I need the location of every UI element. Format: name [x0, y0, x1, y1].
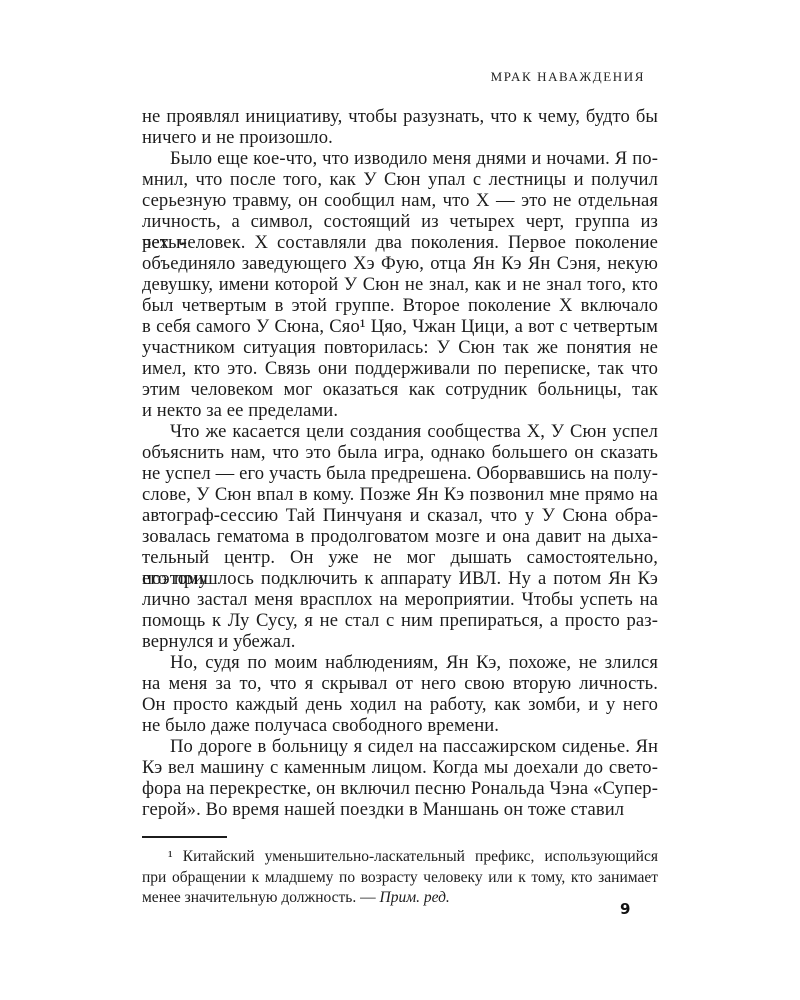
body-line: герой». Во время нашей поездки в Маншань…: [142, 799, 658, 820]
footnote-editor-note: Прим. ред.: [380, 889, 450, 906]
footnote: ¹ Китайский уменьшительно-ласкательный п…: [142, 836, 658, 909]
body-line: объединяло заведующего Хэ Фую, отца Ян К…: [142, 253, 658, 274]
body-line: не успел — его участь была предрешена. О…: [142, 463, 658, 484]
body-line: Было еще кое-что, что изводило меня дням…: [142, 148, 658, 169]
body-line: автограф-сессию Тай Пинчуаня и сказал, ч…: [142, 505, 658, 526]
footnote-line: ¹ Китайский уменьшительно-ласкательный п…: [142, 847, 658, 868]
footnote-text: ¹ Китайский уменьшительно-ласкательный п…: [142, 847, 658, 909]
body-line: девушку, имени которой У Сюн не знал, ка…: [142, 274, 658, 295]
footnote-last-plain: менее значительную должность. —: [142, 889, 380, 906]
body-line: этим человеком мог оказаться как сотрудн…: [142, 379, 658, 400]
body-line: лично застал меня врасплох на мероприяти…: [142, 589, 658, 610]
body-line: был четвертым в этой группе. Второе поко…: [142, 295, 658, 316]
body-line: помощь к Лу Сусу, я не стал с ним препир…: [142, 610, 658, 631]
body-line: участником ситуация повторилась: У Сюн т…: [142, 337, 658, 358]
body-line: не было даже получаса свободного времени…: [142, 715, 658, 736]
footnote-line: при обращении к младшему по возрасту чел…: [142, 868, 658, 889]
body-line: Он просто каждый день ходил на работу, к…: [142, 694, 658, 715]
body-line: фора на перекрестке, он включил песню Ро…: [142, 778, 658, 799]
body-line: не проявлял инициативу, чтобы разузнать,…: [142, 106, 658, 127]
body-line: Что же касается цели создания сообщества…: [142, 421, 658, 442]
body-line: рех человек. X составляли два поколения.…: [142, 232, 658, 253]
body-line: Но, судя по моим наблюдениям, Ян Кэ, пох…: [142, 652, 658, 673]
body-line: личность, а символ, состоящий из четырех…: [142, 211, 658, 232]
book-page: МРАК НАВАЖДЕНИЯ не проявлял инициативу, …: [0, 0, 800, 1000]
running-head-title: МРАК НАВАЖДЕНИЯ: [491, 69, 645, 85]
body-line: и некто за ее пределами.: [142, 400, 658, 421]
body-line: ничего и не произошло.: [142, 127, 658, 148]
body-line: тельный центр. Он уже не мог дышать само…: [142, 547, 658, 568]
footnote-divider: [142, 836, 227, 838]
body-line: в себя самого У Сюна, Сяо¹ Цяо, Чжан Циц…: [142, 316, 658, 337]
body-line: слове, У Сюн впал в кому. Позже Ян Кэ по…: [142, 484, 658, 505]
page-number: 9: [620, 900, 630, 918]
body-line: его пришлось подключить к аппарату ИВЛ. …: [142, 568, 658, 589]
body-line: вернулся и убежал.: [142, 631, 658, 652]
body-line: Кэ вел машину с каменным лицом. Когда мы…: [142, 757, 658, 778]
body-line: на меня за то, что я скрывал от него сво…: [142, 673, 658, 694]
body-line: мнил, что после того, как У Сюн упал с л…: [142, 169, 658, 190]
footnote-line: менее значительную должность. — Прим. ре…: [142, 888, 658, 909]
body-line: По дороге в больницу я сидел на пассажир…: [142, 736, 658, 757]
body-line: имел, кто это. Связь они поддерживали по…: [142, 358, 658, 379]
body-line: объяснить нам, что это была игра, однако…: [142, 442, 658, 463]
body-text: не проявлял инициативу, чтобы разузнать,…: [142, 106, 658, 820]
body-line: зовалась гематома в продолговатом мозге …: [142, 526, 658, 547]
body-line: серьезную травму, он сообщил нам, что X …: [142, 190, 658, 211]
